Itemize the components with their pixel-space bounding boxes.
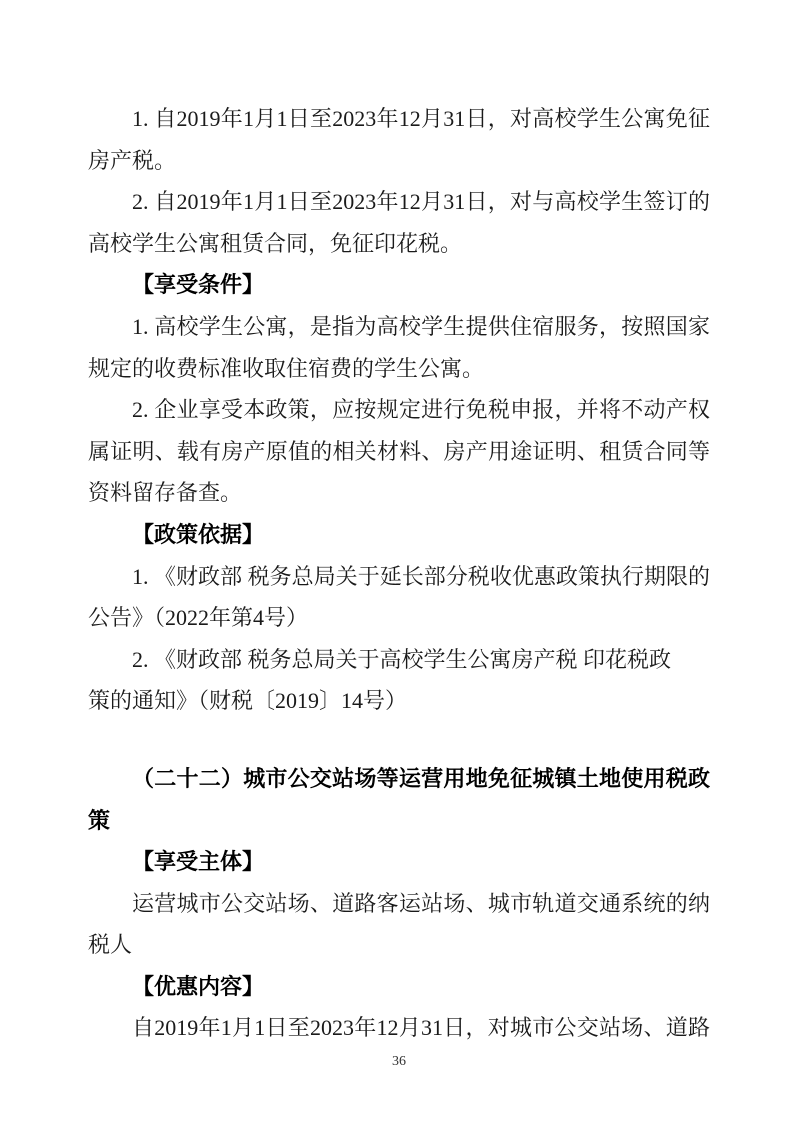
section-heading: 【享受主体】 — [88, 841, 710, 883]
section-heading: 【政策依据】 — [88, 514, 710, 556]
text-line: 1. 高校学生公寓，是指为高校学生提供住宿服务，按照国家 — [88, 306, 710, 348]
text-line: 【政策依据】 — [88, 514, 710, 556]
page-number: 36 — [88, 1052, 710, 1072]
text-line: 【优惠内容】 — [88, 966, 710, 1008]
paragraph: 2. 企业享受本政策，应按规定进行免税申报，并将不动产权 属证明、载有房产原值的… — [88, 389, 710, 514]
text-line: 2. 自2019年1月1日至2023年12月31日，对与高校学生签订的 — [88, 181, 710, 223]
text-line: 【享受主体】 — [88, 841, 710, 883]
paragraph: 2. 自2019年1月1日至2023年12月31日，对与高校学生签订的 高校学生… — [88, 181, 710, 264]
paragraph: 运营城市公交站场、道路客运站场、城市轨道交通系统的纳 税人 — [88, 883, 710, 966]
paragraph: 1. 《财政部 税务总局关于延长部分税收优惠政策执行期限的 公告》（2022年第… — [88, 556, 710, 639]
text-line: 策的通知》（财税〔2019〕14号） — [88, 680, 710, 722]
paragraph: 2. 《财政部 税务总局关于高校学生公寓房产税 印花税政 策的通知》（财税〔20… — [88, 639, 710, 722]
document-page: { "document": { "language": "zh-CN", "pa… — [0, 0, 793, 1122]
paragraph: 1. 自2019年1月1日至2023年12月31日，对高校学生公寓免征 房产税。 — [88, 98, 710, 181]
text-line: 高校学生公寓租赁合同，免征印花税。 — [88, 223, 710, 265]
text-line: 规定的收费标准收取住宿费的学生公寓。 — [88, 348, 710, 390]
text-line: 2. 《财政部 税务总局关于高校学生公寓房产税 印花税政 — [88, 639, 710, 681]
text-line: 【享受条件】 — [88, 264, 710, 306]
text-line: 策 — [88, 800, 710, 842]
paragraph: 自2019年1月1日至2023年12月31日，对城市公交站场、道路 — [88, 1007, 710, 1049]
text-line: 资料留存备查。 — [88, 472, 710, 514]
text-line: 运营城市公交站场、道路客运站场、城市轨道交通系统的纳 — [88, 883, 710, 925]
text-line: 公告》（2022年第4号） — [88, 597, 710, 639]
text-line: 1. 自2019年1月1日至2023年12月31日，对高校学生公寓免征 — [88, 98, 710, 140]
text-line: 税人 — [88, 924, 710, 966]
text-line: （二十二）城市公交站场等运营用地免征城镇土地使用税政 — [88, 758, 710, 800]
text-line: 自2019年1月1日至2023年12月31日，对城市公交站场、道路 — [88, 1007, 710, 1049]
document-body: 1. 自2019年1月1日至2023年12月31日，对高校学生公寓免征 房产税。… — [88, 98, 710, 1049]
item-heading: （二十二）城市公交站场等运营用地免征城镇土地使用税政 策 — [88, 758, 710, 841]
text-line: 属证明、载有房产原值的相关材料、房产用途证明、租赁合同等 — [88, 431, 710, 473]
text-line: 2. 企业享受本政策，应按规定进行免税申报，并将不动产权 — [88, 389, 710, 431]
text-line: 房产税。 — [88, 140, 710, 182]
text-line: 1. 《财政部 税务总局关于延长部分税收优惠政策执行期限的 — [88, 556, 710, 598]
section-heading: 【优惠内容】 — [88, 966, 710, 1008]
paragraph: 1. 高校学生公寓，是指为高校学生提供住宿服务，按照国家 规定的收费标准收取住宿… — [88, 306, 710, 389]
section-heading: 【享受条件】 — [88, 264, 710, 306]
